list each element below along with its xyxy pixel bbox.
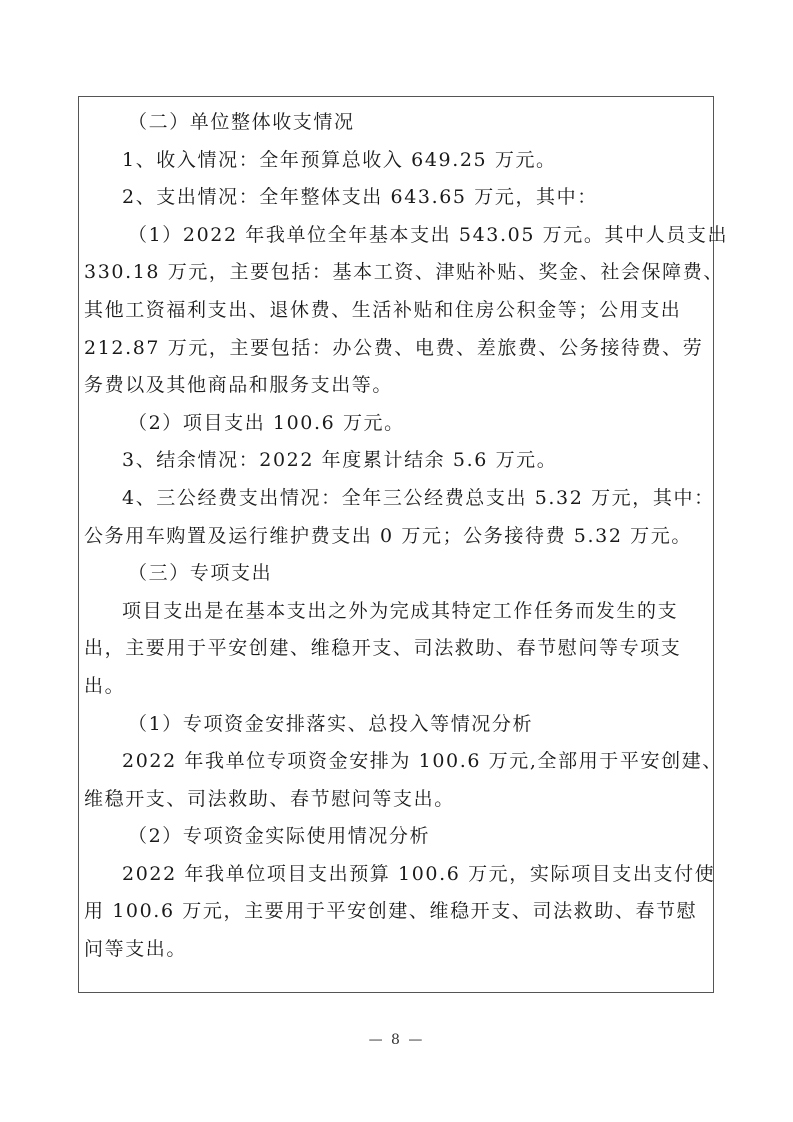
paragraph-special-expenditure-cont: 出，主要用于平安创建、维稳开支、司法救助、春节慰问等专项支 [84, 630, 709, 668]
section-heading-overall-income-expenditure: （二）单位整体收支情况 [84, 104, 709, 142]
paragraph-basic-expenditure: （1）2022 年我单位全年基本支出 543.05 万元。其中人员支出 [84, 217, 709, 255]
paragraph-three-public-expenses: 4、三公经费支出情况：全年三公经费总支出 5.32 万元，其中： [84, 480, 709, 518]
paragraph-fund-usage-cont: 问等支出。 [84, 931, 709, 969]
paragraph-project-expenditure: （2）项目支出 100.6 万元。 [84, 405, 709, 443]
paragraph-basic-expenditure-cont: 212.87 万元，主要包括：办公费、电费、差旅费、公务接待费、劳 [84, 330, 709, 368]
section-heading-special-expenditure: （三）专项支出 [84, 555, 709, 593]
subheading-fund-allocation-analysis: （1）专项资金安排落实、总投入等情况分析 [84, 706, 709, 744]
page-number: — 8 — [0, 1032, 793, 1048]
subheading-fund-usage-analysis: （2）专项资金实际使用情况分析 [84, 818, 709, 856]
paragraph-fund-usage: 2022 年我单位项目支出预算 100.6 万元，实际项目支出支付使 [84, 856, 709, 894]
paragraph-expenditure: 2、支出情况：全年整体支出 643.65 万元，其中： [84, 179, 709, 217]
paragraph-three-public-expenses-cont: 公务用车购置及运行维护费支出 0 万元；公务接待费 5.32 万元。 [84, 518, 709, 556]
paragraph-fund-usage-cont: 用 100.6 万元，主要用于平安创建、维稳开支、司法救助、春节慰 [84, 893, 709, 931]
paragraph-fund-allocation-cont: 维稳开支、司法救助、春节慰问等支出。 [84, 781, 709, 819]
paragraph-fund-allocation: 2022 年我单位专项资金安排为 100.6 万元,全部用于平安创建、 [84, 743, 709, 781]
document-body: （二）单位整体收支情况 1、收入情况：全年预算总收入 649.25 万元。 2、… [84, 104, 709, 969]
paragraph-balance: 3、结余情况：2022 年度累计结余 5.6 万元。 [84, 442, 709, 480]
paragraph-special-expenditure-cont: 出。 [84, 668, 709, 706]
paragraph-basic-expenditure-cont: 务费以及其他商品和服务支出等。 [84, 367, 709, 405]
paragraph-basic-expenditure-cont: 其他工资福利支出、退休费、生活补贴和住房公积金等；公用支出 [84, 292, 709, 330]
paragraph-basic-expenditure-cont: 330.18 万元，主要包括：基本工资、津贴补贴、奖金、社会保障费、 [84, 254, 709, 292]
paragraph-special-expenditure: 项目支出是在基本支出之外为完成其特定工作任务而发生的支 [84, 593, 709, 631]
paragraph-income: 1、收入情况：全年预算总收入 649.25 万元。 [84, 142, 709, 180]
